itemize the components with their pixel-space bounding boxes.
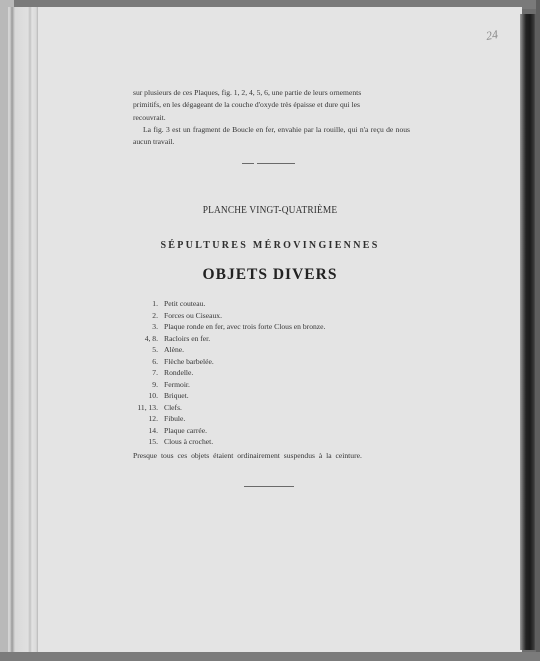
intro-line: primitifs, en les dégageant de la couche… xyxy=(133,99,410,111)
item-label: Fermoir. xyxy=(164,379,190,391)
item-label: Plaque carrée. xyxy=(164,425,207,437)
scan-background-bottom xyxy=(0,652,540,661)
item-list: 1.Petit couteau. 2.Forces ou Ciseaux. 3.… xyxy=(126,298,325,448)
item-number: 11, 13. xyxy=(126,402,164,414)
intro-line: sur plusieurs de ces Plaques, fig. 1, 2,… xyxy=(133,87,410,99)
item-label: Flèche barbelée. xyxy=(164,356,214,368)
page-binding xyxy=(8,7,38,652)
list-item: 9.Fermoir. xyxy=(126,379,325,391)
item-number: 1. xyxy=(126,298,164,310)
list-item: 14.Plaque carrée. xyxy=(126,425,325,437)
scan-background-right xyxy=(536,0,540,661)
list-item: 10.Briquet. xyxy=(126,390,325,402)
list-item: 12.Fibule. xyxy=(126,413,325,425)
item-number: 10. xyxy=(126,390,164,402)
item-label: Briquet. xyxy=(164,390,189,402)
plate-title: PLANCHE VINGT-QUATRIÈME xyxy=(41,204,500,216)
item-number: 15. xyxy=(126,436,164,448)
list-item: 11, 13.Clefs. xyxy=(126,402,325,414)
item-number: 2. xyxy=(126,310,164,322)
item-number: 5. xyxy=(126,344,164,356)
item-number: 6. xyxy=(126,356,164,368)
item-label: Clefs. xyxy=(164,402,182,414)
item-label: Plaque ronde en fer, avec trois forte Cl… xyxy=(164,321,325,333)
folio-number: 24 xyxy=(485,27,499,44)
item-label: Petit couteau. xyxy=(164,298,205,310)
item-label: Racloirs en fer. xyxy=(164,333,210,345)
list-item: 5.Alène. xyxy=(126,344,325,356)
list-item: 7.Rondelle. xyxy=(126,367,325,379)
item-number: 9. xyxy=(126,379,164,391)
item-label: Rondelle. xyxy=(164,367,193,379)
item-label: Forces ou Ciseaux. xyxy=(164,310,222,322)
list-item: 2.Forces ou Ciseaux. xyxy=(126,310,325,322)
item-label: Fibule. xyxy=(164,413,185,425)
item-number: 12. xyxy=(126,413,164,425)
intro-paragraph: sur plusieurs de ces Plaques, fig. 1, 2,… xyxy=(133,87,410,124)
item-label: Clous à crochet. xyxy=(164,436,213,448)
intro-line: recouvrait. xyxy=(133,112,410,124)
list-item: 1.Petit couteau. xyxy=(126,298,325,310)
separator-rule xyxy=(257,163,295,164)
item-number: 14. xyxy=(126,425,164,437)
list-item: 3.Plaque ronde en fer, avec trois forte … xyxy=(126,321,325,333)
closing-note: Presque tous ces objets étaient ordinair… xyxy=(133,451,362,460)
end-rule xyxy=(244,486,294,487)
book-edge xyxy=(520,14,536,650)
separator-rule xyxy=(242,163,254,164)
second-paragraph: La fig. 3 est un fragment de Boucle en f… xyxy=(133,124,410,149)
item-label: Alène. xyxy=(164,344,184,356)
item-number: 4, 8. xyxy=(126,333,164,345)
list-item: 15.Clous à crochet. xyxy=(126,436,325,448)
main-title: OBJETS DIVERS xyxy=(0,266,540,284)
list-item: 4, 8.Racloirs en fer. xyxy=(126,333,325,345)
list-item: 6.Flèche barbelée. xyxy=(126,356,325,368)
section-title: SÉPULTURES MÉROVINGIENNES xyxy=(0,240,540,251)
item-number: 7. xyxy=(126,367,164,379)
item-number: 3. xyxy=(126,321,164,333)
